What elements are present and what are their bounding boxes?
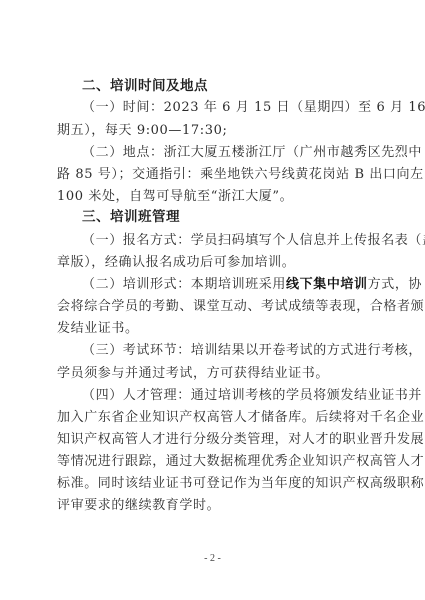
section-heading-class-management: 三、培训班管理 — [82, 206, 180, 228]
paragraph-location-line-2: 路 85 号）；交通指引：乘坐地铁六号线黄花岗站 B 出口向左 — [57, 164, 369, 186]
page-number: - 2 - — [0, 553, 425, 564]
paragraph-time-line-1: （一）时间：2023 年 6 月 15 日（星期四）至 6 月 16 日（星 — [82, 97, 369, 119]
paragraph-talent-line-1: （四）人才管理：通过培训考核的学员将颁发结业证书并 — [82, 385, 369, 407]
paragraph-registration-line-1: （一）报名方式：学员扫码填写个人信息并上传报名表（盖 — [82, 230, 369, 252]
format-prefix: （二）培训形式：本期培训班采用 — [82, 277, 286, 292]
section-heading-training-time-location: 二、培训时间及地点 — [82, 75, 208, 97]
paragraph-talent-line-4: 等情况进行跟踪，通过大数据梳理优秀企业知识产权高管人才 — [57, 451, 369, 473]
paragraph-exam-line-2: 学员须参与并通过考试，方可获得结业证书。 — [57, 363, 369, 385]
paragraph-location-line-3: 100 米处，自驾可导航至“浙江大厦”。 — [57, 186, 369, 208]
paragraph-location-line-1: （二）地点：浙江大厦五楼浙江厅（广州市越秀区先烈中 — [82, 142, 369, 164]
paragraph-exam-line-1: （三）考试环节：培训结果以开卷考试的方式进行考核， — [82, 340, 369, 362]
paragraph-talent-line-3: 知识产权高管人才进行分级分类管理，对人才的职业晋升发展 — [57, 429, 369, 451]
paragraph-format-line-3: 发结业证书。 — [57, 318, 369, 340]
document-page: 二、培训时间及地点 （一）时间：2023 年 6 月 15 日（星期四）至 6 … — [0, 0, 425, 600]
format-emphasis-offline-training: 线下集中培训 — [286, 277, 368, 292]
paragraph-format-line-1: （二）培训形式：本期培训班采用线下集中培训方式，协 — [82, 274, 369, 296]
paragraph-time-line-2: 期五），每天 9:00—17:30; — [57, 120, 369, 142]
paragraph-talent-line-2: 加入广东省企业知识产权高管人才储备库。后续将对千名企业 — [57, 407, 369, 429]
paragraph-registration-line-2: 章版），经确认报名成功后可参加培训。 — [57, 252, 369, 274]
paragraph-talent-line-5: 标准。同时该结业证书可登记作为当年度的知识产权高级职称 — [57, 473, 369, 495]
format-suffix: 方式，协 — [368, 277, 422, 292]
paragraph-format-line-2: 会将综合学员的考勤、课堂互动、考试成绩等表现，合格者颁 — [57, 296, 369, 318]
paragraph-talent-line-6: 评审要求的继续教育学时。 — [57, 495, 369, 517]
